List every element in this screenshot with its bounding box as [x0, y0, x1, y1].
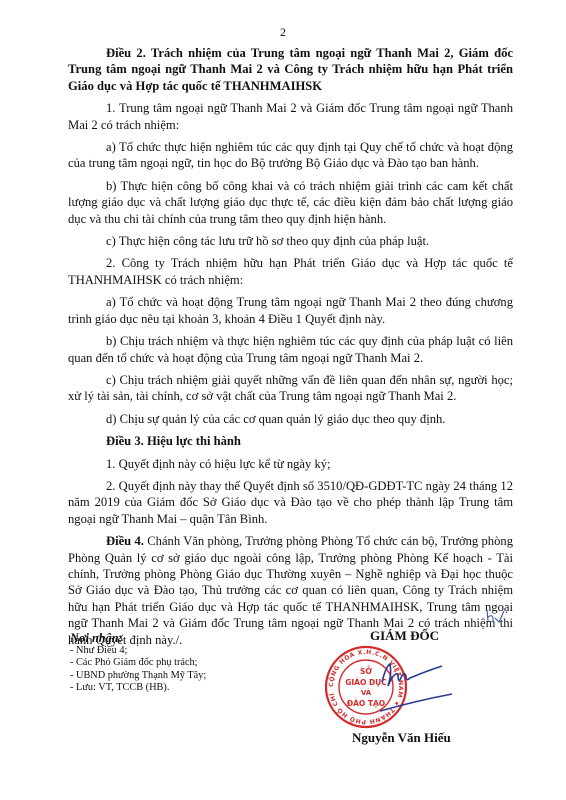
article-3-clause-1: 1. Quyết định này có hiệu lực kể từ ngày… [68, 456, 513, 472]
recipient-item: - Lưu: VT, TCCB (HB). [70, 682, 206, 694]
article-4-label: Điều 4. [106, 534, 144, 548]
article-2-clause-2d: d) Chịu sự quản lý của các cơ quan quản … [68, 411, 513, 427]
article-2-clause-2: 2. Công ty Trách nhiệm hữu hạn Phát triể… [68, 255, 513, 288]
recipients-block: Nơi nhận: - Như Điều 4; - Các Phó Giám đ… [70, 632, 206, 694]
article-3-label: Điều 3 [106, 434, 141, 448]
article-2-clause-1b: b) Thực hiện công bố công khai và có trá… [68, 178, 513, 227]
article-2-heading: Điều 2. Trách nhiệm của Trung tâm ngoại … [68, 45, 513, 94]
page-number: 2 [0, 25, 566, 40]
article-3-title: . Hiệu lực thi hành [141, 434, 241, 448]
recipients-title: Nơi nhận: [70, 632, 206, 644]
recipient-item: - Như Điều 4; [70, 645, 206, 657]
article-4: Điều 4. Chánh Văn phòng, Trưởng phòng Ph… [68, 533, 513, 648]
article-2-clause-1: 1. Trung tâm ngoại ngữ Thanh Mai 2 và Gi… [68, 100, 513, 133]
recipient-item: - UBND phường Thạnh Mỹ Tây; [70, 670, 206, 682]
article-2-clause-2b: b) Chịu trách nhiệm và thực hiện nghiêm … [68, 333, 513, 366]
handwritten-signature-icon [380, 652, 470, 722]
document-body: Điều 2. Trách nhiệm của Trung tâm ngoại … [68, 45, 513, 654]
recipient-item: - Các Phó Giám đốc phụ trách; [70, 657, 206, 669]
article-2-clause-2c: c) Chịu trách nhiệm giải quyết những vấn… [68, 372, 513, 405]
article-3-clause-2: 2. Quyết định này thay thế Quyết định số… [68, 478, 513, 527]
article-3-heading: Điều 3. Hiệu lực thi hành [68, 433, 513, 449]
signer-role: GIÁM ĐỐC [370, 628, 439, 644]
article-2-clause-1a: a) Tổ chức thực hiện nghiêm túc các quy … [68, 139, 513, 172]
svg-text:VÀ: VÀ [361, 688, 372, 697]
signer-name: Nguyễn Văn Hiếu [352, 730, 451, 746]
article-2-clause-2a: a) Tổ chức và hoạt động Trung tâm ngoại … [68, 294, 513, 327]
handwritten-initial-icon [484, 608, 506, 624]
article-4-text: Chánh Văn phòng, Trưởng phòng Phòng Tổ c… [68, 534, 513, 646]
article-2-clause-1c: c) Thực hiện công tác lưu trữ hồ sơ theo… [68, 233, 513, 249]
svg-text:SỞ: SỞ [360, 666, 372, 676]
